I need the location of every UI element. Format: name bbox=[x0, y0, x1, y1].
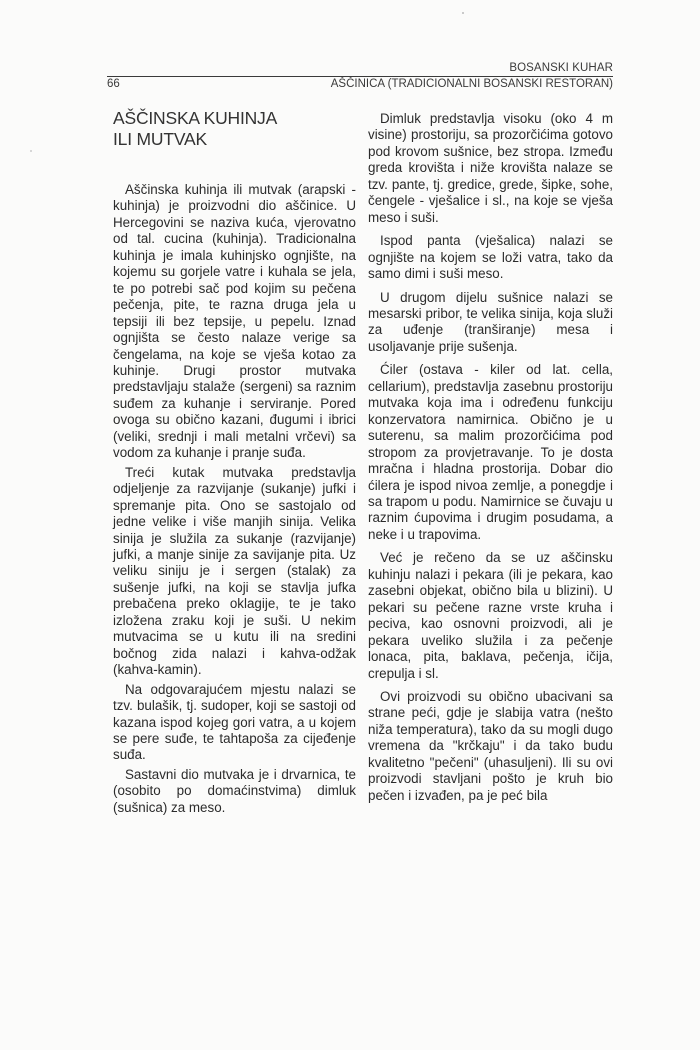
paragraph: Treći kutak mutvaka predstavlja odjeljen… bbox=[113, 465, 356, 679]
page-number: 66 bbox=[107, 77, 120, 91]
chapter-running-title: AŠČINICA (TRADICIONALNI BOSANSKI RESTORA… bbox=[331, 77, 613, 91]
paragraph: Dimluk predstavlja visoku (oko 4 m visin… bbox=[368, 111, 613, 226]
right-column: Dimluk predstavlja visoku (oko 4 m visin… bbox=[368, 111, 613, 811]
paragraph: Ovi proizvodi su obično ubacivani sa str… bbox=[368, 689, 613, 804]
header-row: 66 AŠČINICA (TRADICIONALNI BOSANSKI REST… bbox=[107, 77, 613, 91]
section-title-line2: ILI MUTVAK bbox=[113, 129, 207, 149]
book-title: BOSANSKI KUHAR bbox=[107, 62, 613, 74]
paragraph: Ćiler (ostava - kiler od lat. cella, cel… bbox=[368, 362, 613, 543]
paragraph: Sastavni dio mutvaka je i drvarnica, te … bbox=[113, 767, 356, 816]
paragraph: Već je rečeno da se uz aščinsku kuhinju … bbox=[368, 550, 613, 682]
page-header: BOSANSKI KUHAR 66 AŠČINICA (TRADICIONALN… bbox=[107, 62, 613, 91]
paragraph: Aščinska kuhinja ili mutvak (arapski - k… bbox=[113, 182, 356, 462]
scan-speck bbox=[462, 12, 464, 14]
paragraph: Ispod panta (vješalica) nalazi se ognjiš… bbox=[368, 233, 613, 282]
section-title: AŠČINSKA KUHINJA ILI MUTVAK bbox=[113, 108, 356, 150]
scan-speck bbox=[30, 150, 32, 152]
section-title-line1: AŠČINSKA KUHINJA bbox=[113, 108, 277, 128]
paragraph: U drugom dijelu sušnice nalazi se mesars… bbox=[368, 290, 613, 356]
left-column: AŠČINSKA KUHINJA ILI MUTVAK Aščinska kuh… bbox=[113, 108, 356, 816]
paragraph: Na odgovarajućem mjestu nalazi se tzv. b… bbox=[113, 682, 356, 764]
